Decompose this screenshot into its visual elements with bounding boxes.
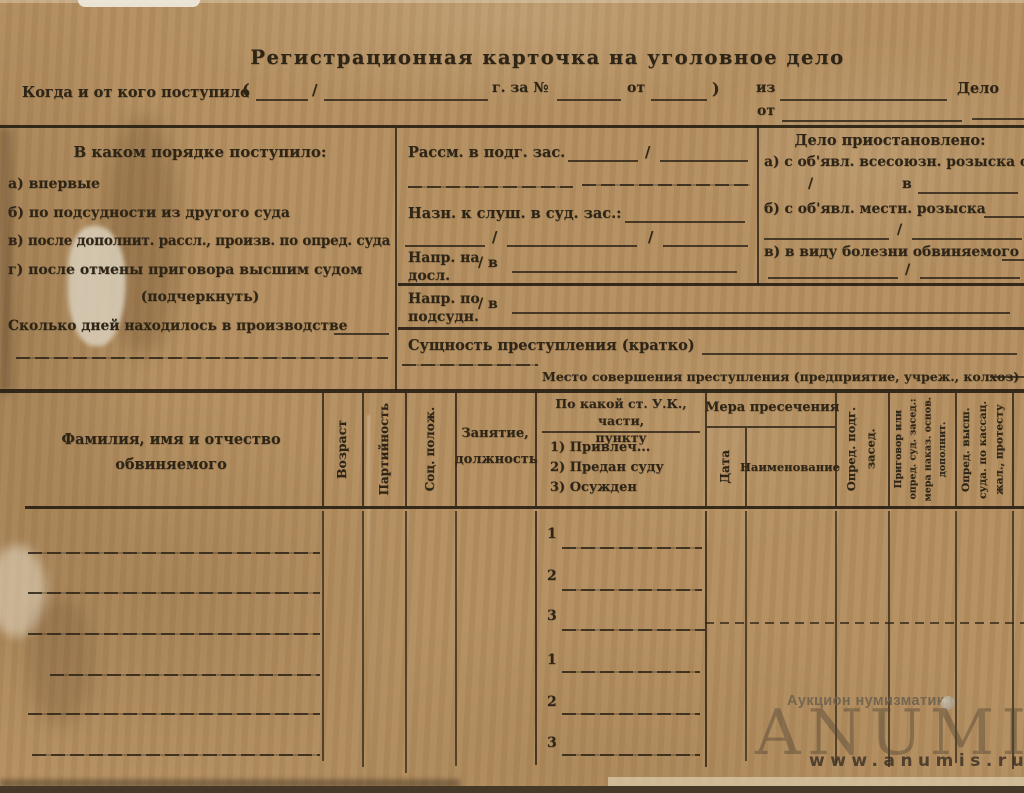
record2-number-3: 3 bbox=[547, 735, 557, 753]
blank-line bbox=[512, 271, 737, 273]
write-line bbox=[582, 184, 750, 186]
row-border bbox=[398, 283, 1024, 286]
opred-vyssh-header-text: Опред. высш. суда. по кассац. жал., прот… bbox=[958, 401, 1008, 499]
days-in-production-label: Сколько дней находилось в производстве bbox=[8, 318, 347, 335]
naimenovanie-header-text: Наименование bbox=[740, 460, 840, 474]
blank-line bbox=[1002, 259, 1024, 261]
order-item-g: г) после отмены приговора высшим судом bbox=[8, 262, 362, 280]
write-line bbox=[28, 633, 320, 635]
order-item-a: а) впервые bbox=[8, 176, 100, 194]
v-label: в bbox=[902, 176, 912, 194]
blank-line bbox=[660, 160, 748, 162]
edge-shadow-left bbox=[0, 128, 12, 393]
party-header-text: Партийность bbox=[375, 403, 393, 495]
blank-line bbox=[568, 160, 638, 162]
blank-line bbox=[972, 118, 1024, 120]
prigovor-header-text: Приговор или опред. суд. засед.: мера на… bbox=[892, 397, 951, 502]
underline-note: (подчеркнуть) bbox=[60, 289, 340, 307]
write-line bbox=[562, 547, 702, 549]
blank-line bbox=[334, 333, 389, 335]
write-line bbox=[562, 671, 700, 673]
write-line bbox=[402, 364, 538, 366]
column-border bbox=[535, 511, 537, 765]
column-header-prigovor: Приговор или опред. суд. засед.: мера на… bbox=[888, 393, 955, 506]
registration-card-document: Регистрационная карточка на уголовное де… bbox=[0, 0, 1024, 793]
header-bottom-border bbox=[25, 506, 1024, 509]
column-header-opred-podg: Опред. подг. засед. bbox=[835, 393, 888, 506]
slash: / bbox=[897, 222, 902, 240]
rassm-label: Рассм. в подг. зас. bbox=[408, 144, 565, 162]
blank-line bbox=[780, 99, 947, 101]
blank-line bbox=[507, 245, 637, 247]
column-header-age: Возраст bbox=[322, 393, 362, 506]
column-border bbox=[455, 511, 457, 766]
record1-number-3: 3 bbox=[547, 608, 557, 626]
blank-line bbox=[702, 353, 1017, 355]
order-item-b: б) по подсудности из другого суда bbox=[8, 205, 290, 223]
slash: / bbox=[648, 229, 653, 247]
year-number-label: г. за № bbox=[492, 80, 548, 98]
from-label: от bbox=[627, 80, 645, 98]
blank-line bbox=[764, 238, 889, 240]
bottom-edge-dark bbox=[0, 786, 1024, 793]
social-header-text: Соц. полож. bbox=[421, 407, 439, 491]
column-border bbox=[362, 511, 364, 767]
write-line bbox=[32, 754, 320, 756]
write-line bbox=[28, 592, 320, 594]
blank-line bbox=[324, 99, 488, 101]
slash: / bbox=[312, 81, 317, 100]
bottom-edge-shadow bbox=[0, 779, 460, 788]
blank-line bbox=[512, 312, 1010, 314]
box-border bbox=[757, 128, 759, 285]
record1-number-2: 2 bbox=[547, 568, 557, 586]
column-header-opred-vyssh: Опред. высш. суда. по кассац. жал., прот… bbox=[955, 393, 1012, 506]
napr-po-podsud-label: Напр. по подсудн. bbox=[408, 291, 480, 326]
blank-line bbox=[920, 277, 1020, 279]
blank-line bbox=[405, 245, 485, 247]
intake-label: Когда и от кого поступило bbox=[22, 84, 250, 102]
blank-line bbox=[625, 221, 745, 223]
write-line bbox=[16, 357, 388, 359]
opred-podg-header-text: Опред. подг. засед. bbox=[842, 407, 881, 491]
suspended-item-v: в) в виду болезни обвиняемого bbox=[764, 244, 1019, 261]
age-header-text: Возраст bbox=[333, 420, 352, 479]
column-header-party: Партийность bbox=[362, 393, 405, 506]
column-border bbox=[745, 511, 747, 761]
column-border bbox=[405, 511, 407, 773]
suspended-item-b: б) с об'явл. местн. розыска bbox=[764, 201, 986, 218]
column-border bbox=[1012, 393, 1014, 506]
section-divider bbox=[0, 125, 1024, 128]
write-line bbox=[562, 754, 700, 756]
nazn-label: Назн. к слуш. в суд. зас.: bbox=[408, 205, 621, 223]
record2-number-2: 2 bbox=[547, 694, 557, 712]
close-paren: ) bbox=[712, 79, 720, 99]
column-header-measure: Мера пресечения bbox=[705, 400, 835, 416]
blank-line bbox=[256, 99, 308, 101]
essence-label: Сущность преступления (кратко) bbox=[408, 337, 695, 355]
napr-na-dosl-label: Напр. на досл. bbox=[408, 250, 479, 285]
write-line bbox=[50, 674, 320, 676]
bottom-edge-light bbox=[608, 777, 1024, 788]
article-item-3: 3) Осужден bbox=[550, 480, 637, 496]
watermark-url: www.anumis.ru bbox=[809, 751, 1024, 771]
record2-number-1: 1 bbox=[547, 652, 557, 670]
slash: / bbox=[645, 144, 650, 162]
blank-line bbox=[557, 99, 621, 101]
delo-label: Дело bbox=[957, 80, 999, 98]
column-header-name: Фамилия, имя и отчество обвиняемого bbox=[40, 428, 302, 477]
article-item-2: 2) Предан суду bbox=[550, 460, 664, 476]
suspended-item-a: а) с об'явл. всесоюзн. розыска отос bbox=[764, 154, 1024, 171]
suspended-heading: Дело приостановлено: bbox=[780, 132, 1000, 150]
date-header-text: Дата bbox=[716, 450, 734, 484]
blank-line bbox=[782, 120, 962, 122]
slash-v-label: / в bbox=[478, 255, 498, 273]
row-border bbox=[398, 327, 1024, 330]
slash-v-label: / в bbox=[478, 296, 498, 314]
torn-edge-top bbox=[78, 0, 200, 7]
write-line bbox=[408, 186, 573, 188]
column-header-social: Соц. полож. bbox=[405, 393, 455, 506]
blank-line bbox=[663, 245, 748, 247]
column-border bbox=[322, 511, 324, 761]
slash: / bbox=[492, 229, 497, 247]
blank-line bbox=[990, 376, 1024, 378]
paper-edge-highlight bbox=[0, 0, 1024, 3]
order-item-v: в) после дополнит. рассл., произв. по оп… bbox=[8, 233, 390, 250]
column-header-occupation: Занятие, должность bbox=[455, 421, 535, 473]
blank-line bbox=[768, 277, 898, 279]
open-paren: ( bbox=[242, 80, 250, 100]
slash: / bbox=[808, 176, 813, 194]
blank-line bbox=[651, 99, 707, 101]
slash: / bbox=[905, 262, 910, 280]
box-border bbox=[395, 128, 397, 391]
column-header-naimenovanie: Наименование bbox=[745, 428, 835, 506]
column-header-date: Дата bbox=[705, 428, 745, 506]
record1-number-1: 1 bbox=[547, 526, 557, 544]
write-line bbox=[562, 629, 705, 631]
blank-line bbox=[912, 238, 1022, 240]
iz-label: из bbox=[756, 80, 775, 98]
order-heading: В каком порядке поступило: bbox=[30, 143, 370, 162]
ot-label-2: от bbox=[757, 103, 775, 121]
column-border bbox=[705, 511, 707, 767]
blank-line bbox=[984, 216, 1024, 218]
header-rule bbox=[542, 431, 700, 433]
write-line bbox=[28, 713, 320, 715]
write-line bbox=[562, 589, 702, 591]
write-line bbox=[28, 552, 320, 554]
blank-line bbox=[918, 192, 1018, 194]
article-item-1: 1) Привлеч... bbox=[550, 440, 650, 456]
crime-place-label: Место совершения преступления (предприят… bbox=[542, 369, 1019, 385]
smudge-bottom-left bbox=[28, 598, 92, 723]
record-divider bbox=[705, 622, 1024, 624]
page-title: Регистрационная карточка на уголовное де… bbox=[60, 46, 1024, 70]
write-line bbox=[562, 713, 700, 715]
light-patch-left bbox=[0, 545, 46, 637]
